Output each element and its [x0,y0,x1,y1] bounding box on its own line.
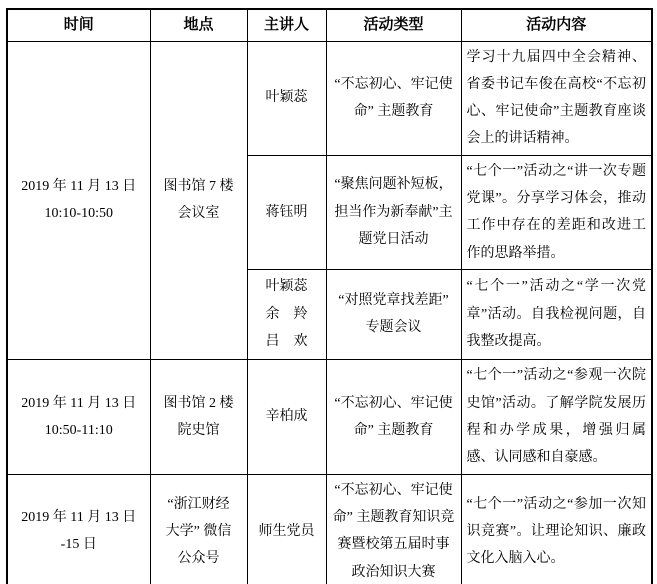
cell-location: 图书馆 7 楼 会议室 [150,41,247,359]
cell-time: 2019 年 11 月 13 日 -15 日 [7,474,150,584]
header-row: 时间 地点 主讲人 活动类型 活动内容 [7,9,652,41]
cell-location: 图书馆 2 楼 院史馆 [150,359,247,474]
cell-activity-content: “七个一”活动之“参加一次知识竞赛”。让理论知识、廉政文化入脑入心。 [461,474,652,584]
table-row: 2019 年 11 月 13 日 10:50-11:10 图书馆 2 楼 院史馆… [7,359,652,474]
cell-location: “浙江财经 大学” 微信 公众号 [150,474,247,584]
cell-speaker: 叶颖蕊 [247,41,326,155]
cell-activity-type: “不忘初心、牢记使命” 主题教育 [326,41,461,155]
table-row: 2019 年 11 月 13 日 10:10-10:50 图书馆 7 楼 会议室… [7,41,652,155]
cell-activity-content: 学习十九届四中全会精神、省委书记车俊在高校“不忘初心、牢记使命”主题教育座谈会上… [461,41,652,155]
header-location: 地点 [150,9,247,41]
cell-time: 2019 年 11 月 13 日 10:10-10:50 [7,41,150,359]
cell-activity-content: “七个一”活动之“参观一次院史馆”活动。了解学院发展历程和办学成果，增强归属感、… [461,359,652,474]
cell-speaker: 师生党员 [247,474,326,584]
cell-speaker: 辛柏成 [247,359,326,474]
cell-time: 2019 年 11 月 13 日 10:50-11:10 [7,359,150,474]
cell-activity-content: “七个一”活动之“学一次党章”活动。自我检视问题，自我整改提高。 [461,269,652,359]
header-speaker: 主讲人 [247,9,326,41]
table-row: 2019 年 11 月 13 日 -15 日 “浙江财经 大学” 微信 公众号 … [7,474,652,584]
header-activity-content: 活动内容 [461,9,652,41]
cell-activity-type: “不忘初心、牢记使命” 主题教育 [326,359,461,474]
cell-activity-type: “对照党章找差距” 专题会议 [326,269,461,359]
header-activity-type: 活动类型 [326,9,461,41]
cell-activity-type: “聚焦问题补短板，担当作为新奉献”主题党日活动 [326,155,461,269]
cell-speaker: 蒋钰明 [247,155,326,269]
cell-speaker: 叶颖蕊 余 羚 吕 欢 [247,269,326,359]
cell-activity-type: “不忘初心、牢记使命” 主题教育知识竞赛暨校第五届时事政治知识大赛 [326,474,461,584]
header-time: 时间 [7,9,150,41]
cell-activity-content: “七个一”活动之“讲一次专题党课”。分享学习体会，推动工作中存在的差距和改进工作… [461,155,652,269]
activity-schedule-table: 时间 地点 主讲人 活动类型 活动内容 2019 年 11 月 13 日 10:… [6,8,653,584]
